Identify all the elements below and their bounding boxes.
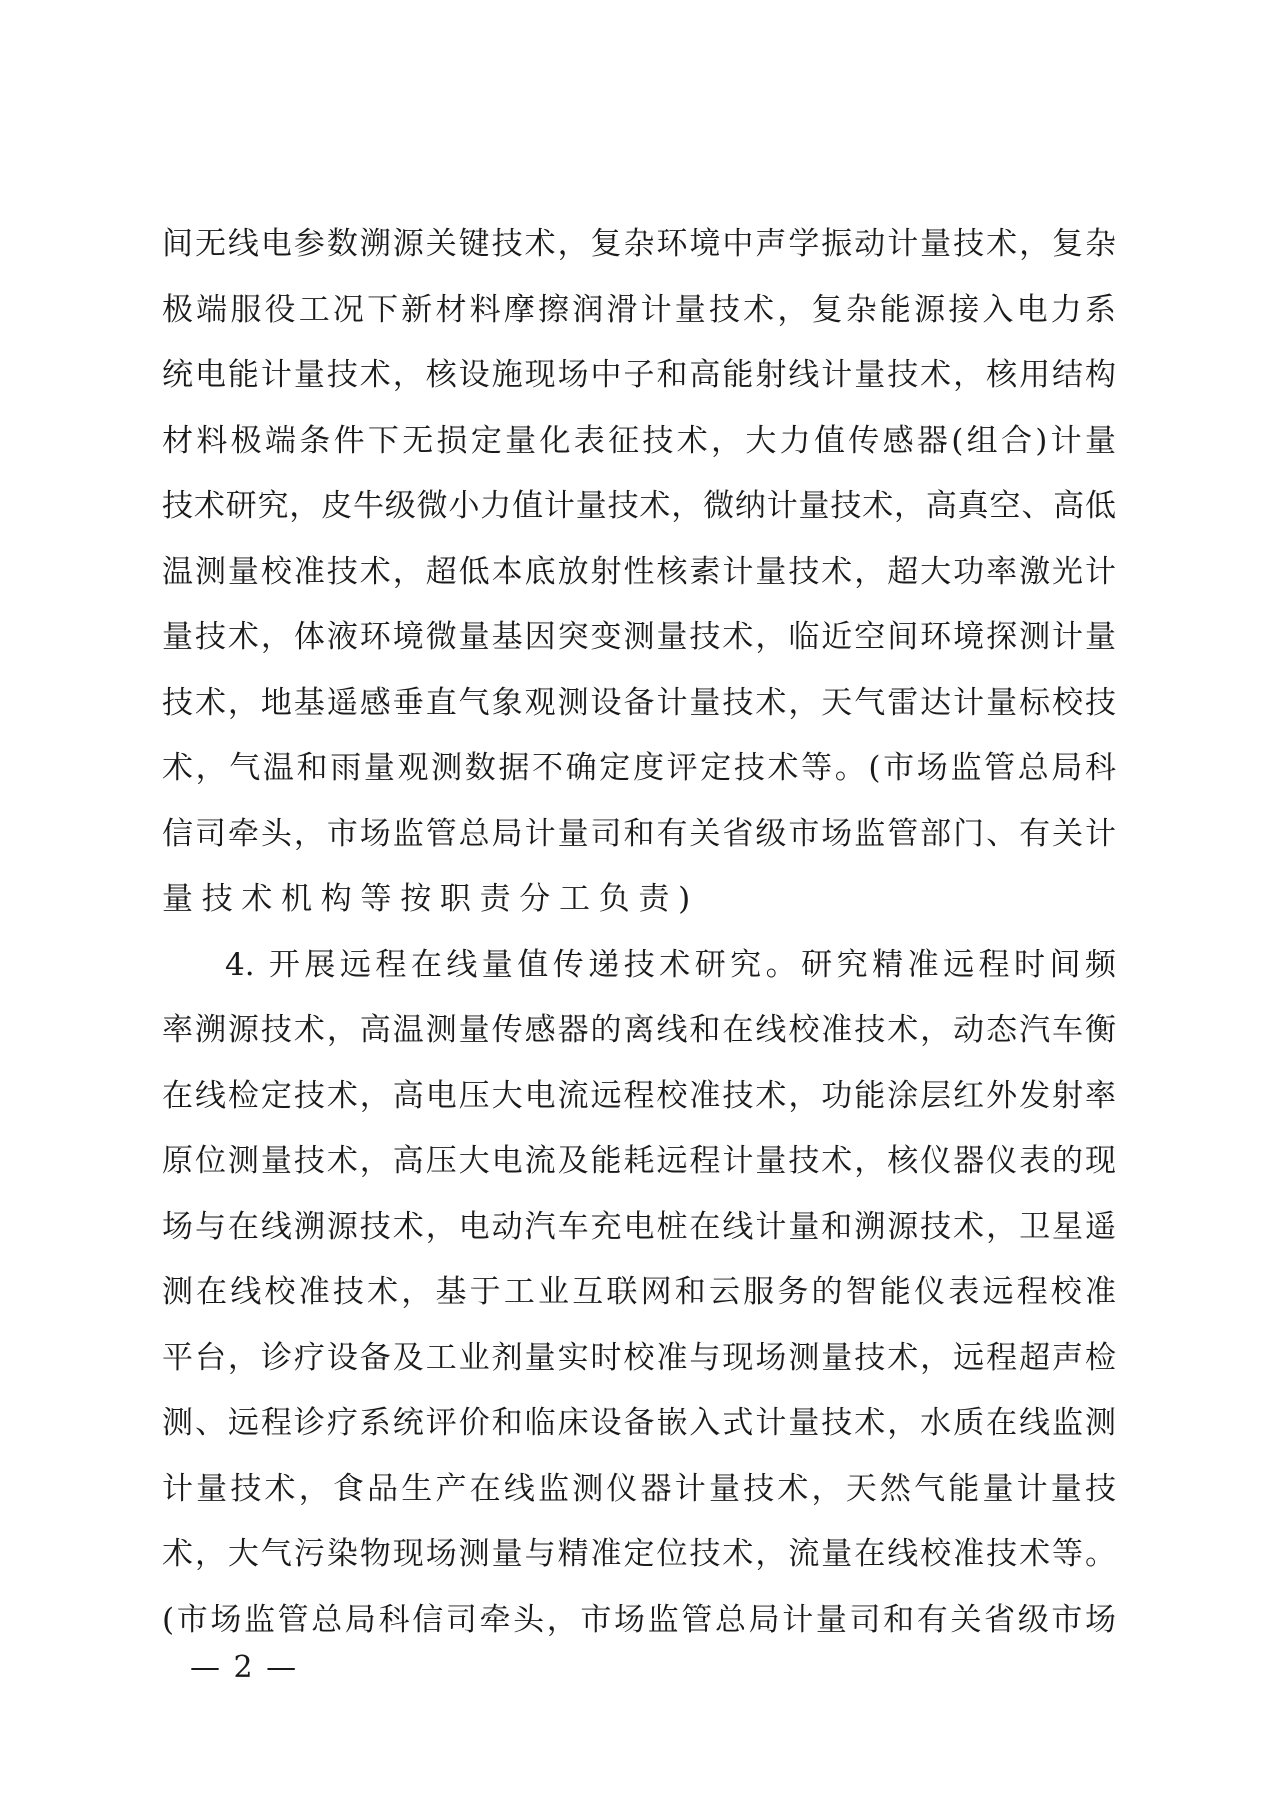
text-line: 术，气温和雨量观测数据不确定度评定技术等。(市场监管总局科 xyxy=(162,736,1116,802)
paragraph-continued: 间无线电参数溯源关键技术，复杂环境中声学振动计量技术，复杂 极端服役工况下新材料… xyxy=(162,212,1116,933)
text-line: 场与在线溯源技术，电动汽车充电桩在线计量和溯源技术，卫星遥 xyxy=(162,1195,1116,1261)
text-line: 信司牵头，市场监管总局计量司和有关省级市场监管部门、有关计 xyxy=(162,802,1116,868)
text-line: 在线检定技术，高电压大电流远程校准技术，功能涂层红外发射率 xyxy=(162,1064,1116,1130)
text-line: 材料极端条件下无损定量化表征技术，大力值传感器(组合)计量 xyxy=(162,409,1116,475)
text-line: 间无线电参数溯源关键技术，复杂环境中声学振动计量技术，复杂 xyxy=(162,212,1116,278)
text-line: 测在线校准技术，基于工业互联网和云服务的智能仪表远程校准 xyxy=(162,1260,1116,1326)
item-4-heading-line: 4. 开展远程在线量值传递技术研究。研究精准远程时间频 xyxy=(162,933,1116,999)
text-line: 率溯源技术，高温测量传感器的离线和在线校准技术，动态汽车衡 xyxy=(162,998,1116,1064)
text-line: 极端服役工况下新材料摩擦润滑计量技术，复杂能源接入电力系 xyxy=(162,278,1116,344)
text-line: 计量技术，食品生产在线监测仪器计量技术，天然气能量计量技 xyxy=(162,1457,1116,1523)
text-line: (市场监管总局科信司牵头，市场监管总局计量司和有关省级市场 xyxy=(162,1588,1116,1654)
text-line: 统电能计量技术，核设施现场中子和高能射线计量技术，核用结构 xyxy=(162,343,1116,409)
text-line: 测、远程诊疗系统评价和临床设备嵌入式计量技术，水质在线监测 xyxy=(162,1391,1116,1457)
text-line: 量技术，体液环境微量基因突变测量技术，临近空间环境探测计量 xyxy=(162,605,1116,671)
page-number: — 2 — xyxy=(190,1648,298,1688)
text-line: 技术研究，皮牛级微小力值计量技术，微纳计量技术，高真空、高低 xyxy=(162,474,1116,540)
text-line: 原位测量技术，高压大电流及能耗远程计量技术，核仪器仪表的现 xyxy=(162,1129,1116,1195)
document-body: 间无线电参数溯源关键技术，复杂环境中声学振动计量技术，复杂 极端服役工况下新材料… xyxy=(162,212,1116,1653)
paragraph-item-4: 4. 开展远程在线量值传递技术研究。研究精准远程时间频 率溯源技术，高温测量传感… xyxy=(162,933,1116,1654)
document-page: 间无线电参数溯源关键技术，复杂环境中声学振动计量技术，复杂 极端服役工况下新材料… xyxy=(0,0,1280,1810)
text-line: 温测量校准技术，超低本底放射性核素计量技术，超大功率激光计 xyxy=(162,540,1116,606)
text-line: 术，大气污染物现场测量与精准定位技术，流量在线校准技术等。 xyxy=(162,1522,1116,1588)
text-line-paragraph-end: 量技术机构等按职责分工负责) xyxy=(162,867,1116,933)
text-line: 技术，地基遥感垂直气象观测设备计量技术，天气雷达计量标校技 xyxy=(162,671,1116,737)
text-line: 平台，诊疗设备及工业剂量实时校准与现场测量技术，远程超声检 xyxy=(162,1326,1116,1392)
